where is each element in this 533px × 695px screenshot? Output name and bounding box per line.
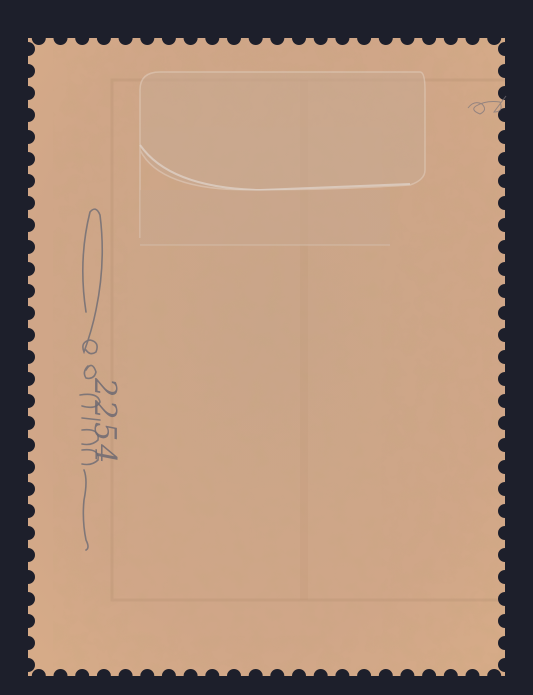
pencil-catalog-number: 2254: [87, 378, 122, 466]
stamp-photo: [0, 0, 533, 695]
